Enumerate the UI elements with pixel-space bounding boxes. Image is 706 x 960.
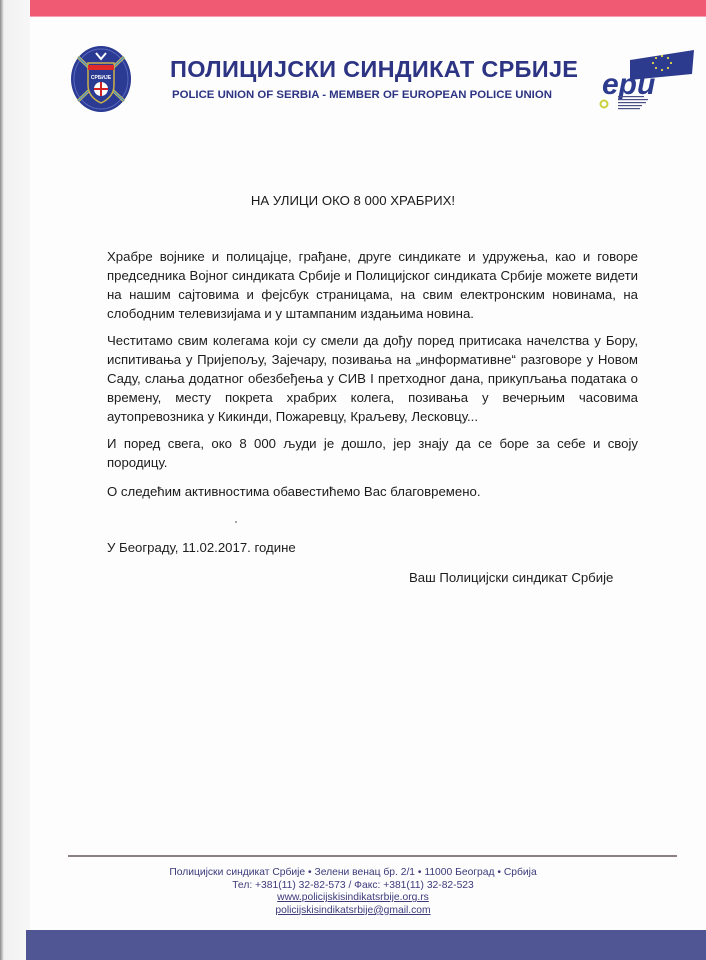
footer-contact: Полицијски синдикат Србије • Зелени вена… <box>0 867 706 917</box>
police-union-emblem-icon: СРБИЈЕ <box>66 43 136 113</box>
footer-address: Полицијски синдикат Србије • Зелени вена… <box>0 867 706 880</box>
letterhead-top-band <box>30 0 706 17</box>
paragraph-2: Честитамо свим колегама који су смели да… <box>107 331 638 426</box>
footer-email-link[interactable]: policijskisindikatsrbije@gmail.com <box>275 905 430 916</box>
letterhead-bottom-band <box>26 930 706 960</box>
footer-divider <box>68 855 677 857</box>
signature: Ваш Полицијски синдикат Србије <box>409 570 613 585</box>
document-title: НА УЛИЦИ ОКО 8 000 ХРАБРИХ! <box>0 193 706 208</box>
paragraph-3: И поред свега, око 8 000 људи је дошло, … <box>107 434 638 472</box>
letterhead-subtitle: POLICE UNION OF SERBIA - MEMBER OF EUROP… <box>172 89 552 101</box>
svg-text:СРБИЈЕ: СРБИЈЕ <box>91 75 112 81</box>
footer-website-link[interactable]: www.policijskisindikatsrbije.org.rs <box>277 892 429 903</box>
epu-logo-icon: epu <box>596 46 696 116</box>
date-line: У Београду, 11.02.2017. године <box>107 540 296 555</box>
scan-speck <box>235 521 237 523</box>
footer-phone-fax: Тел: +381(11) 32-82-573 / Факс: +381(11)… <box>0 880 706 893</box>
paragraph-4: О следећим активностима обавестићемо Вас… <box>107 482 638 501</box>
scan-left-margin <box>0 0 30 960</box>
paragraph-1: Храбре војнике и полицајце, грађане, дру… <box>107 247 638 323</box>
letterhead-title: ПОЛИЦИЈСКИ СИНДИКАТ СРБИЈЕ <box>170 56 578 83</box>
